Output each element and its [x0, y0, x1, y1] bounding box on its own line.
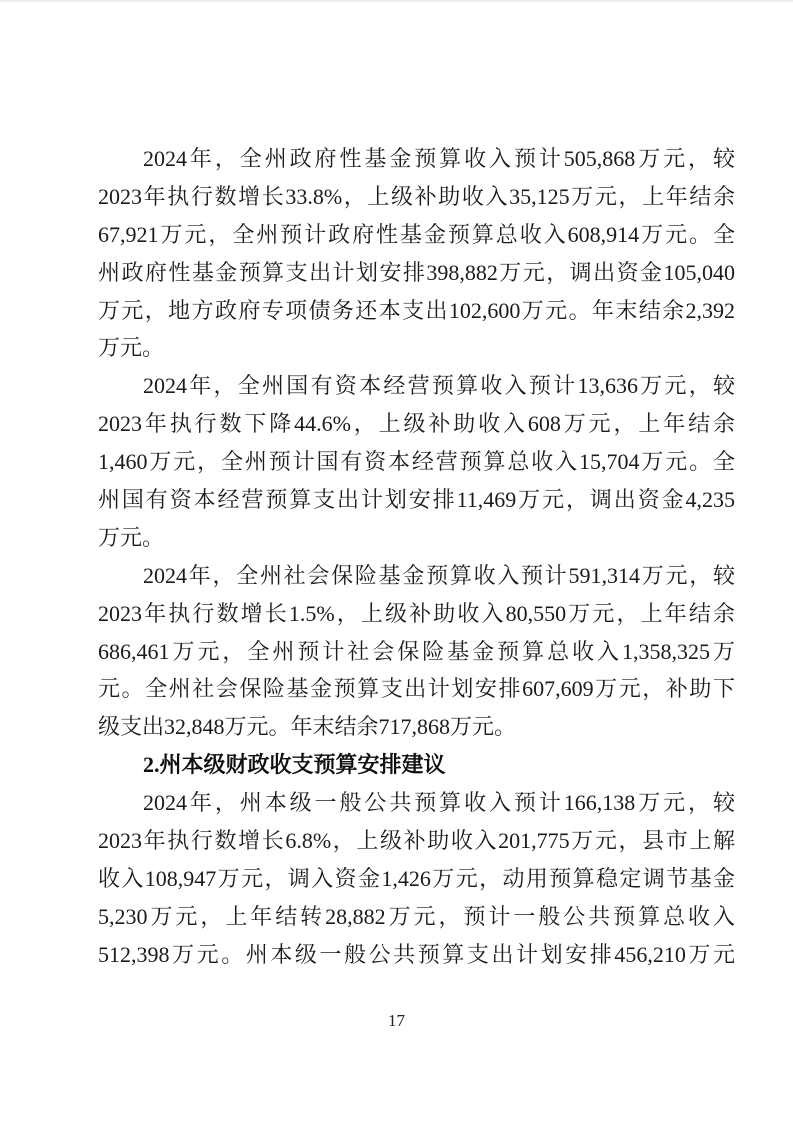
text-line: 级支出32,848万元。年末结余717,868万元。	[98, 708, 735, 746]
text-line: 2023年执行数增长33.8%，上级补助收入35,125万元，上年结余	[98, 178, 735, 216]
text-line: 686,461万元，全州预计社会保险基金预算总收入1,358,325万	[98, 633, 735, 671]
text-line: 元。全州社会保险基金预算支出计划安排607,609万元，补助下	[98, 670, 735, 708]
body-paragraph: 2024年，全州社会保险基金预算收入预计591,314万元，较2023年执行数增…	[98, 557, 735, 746]
text-line: 5,230万元，上年结转28,882万元，预计一般公共预算总收入	[98, 898, 735, 936]
text-line: 州政府性基金预算支出计划安排398,882万元，调出资金105,040	[98, 254, 735, 292]
text-line: 万元。	[98, 519, 735, 557]
text-line: 2024年，州本级一般公共预算收入预计166,138万元，较	[98, 784, 735, 822]
text-line: 2023年执行数下降44.6%，上级补助收入608万元，上年结余	[98, 405, 735, 443]
text-line: 州国有资本经营预算支出计划安排11,469万元，调出资金4,235	[98, 481, 735, 519]
section-heading: 2.州本级财政收支预算安排建议	[98, 746, 735, 784]
text-line: 512,398万元。州本级一般公共预算支出计划安排456,210万元	[98, 936, 735, 974]
text-line: 2023年执行数增长6.8%，上级补助收入201,775万元，县市上解	[98, 822, 735, 860]
text-line: 2024年，全州国有资本经营预算收入预计13,636万元，较	[98, 367, 735, 405]
text-line: 1,460万元，全州预计国有资本经营预算总收入15,704万元。全	[98, 443, 735, 481]
text-line: 67,921万元，全州预计政府性基金预算总收入608,914万元。全	[98, 216, 735, 254]
body-paragraph: 2024年，全州政府性基金预算收入预计505,868万元，较2023年执行数增长…	[98, 140, 735, 367]
text-line: 收入108,947万元，调入资金1,426万元，动用预算稳定调节基金	[98, 860, 735, 898]
scan-edge-artifact	[0, 0, 793, 3]
heading-line: 2.州本级财政收支预算安排建议	[98, 746, 735, 784]
text-line: 万元，地方政府专项债务还本支出102,600万元。年末结余2,392	[98, 292, 735, 330]
body-paragraph: 2024年，州本级一般公共预算收入预计166,138万元，较2023年执行数增长…	[98, 784, 735, 973]
text-line: 2024年，全州社会保险基金预算收入预计591,314万元，较	[98, 557, 735, 595]
text-line: 2023年执行数增长1.5%，上级补助收入80,550万元，上年结余	[98, 595, 735, 633]
document-body: 2024年，全州政府性基金预算收入预计505,868万元，较2023年执行数增长…	[98, 140, 735, 974]
document-page: 2024年，全州政府性基金预算收入预计505,868万元，较2023年执行数增长…	[0, 0, 793, 1122]
text-line: 万元。	[98, 329, 735, 367]
text-line: 2024年，全州政府性基金预算收入预计505,868万元，较	[98, 140, 735, 178]
page-number: 17	[0, 1010, 793, 1032]
body-paragraph: 2024年，全州国有资本经营预算收入预计13,636万元，较2023年执行数下降…	[98, 367, 735, 556]
